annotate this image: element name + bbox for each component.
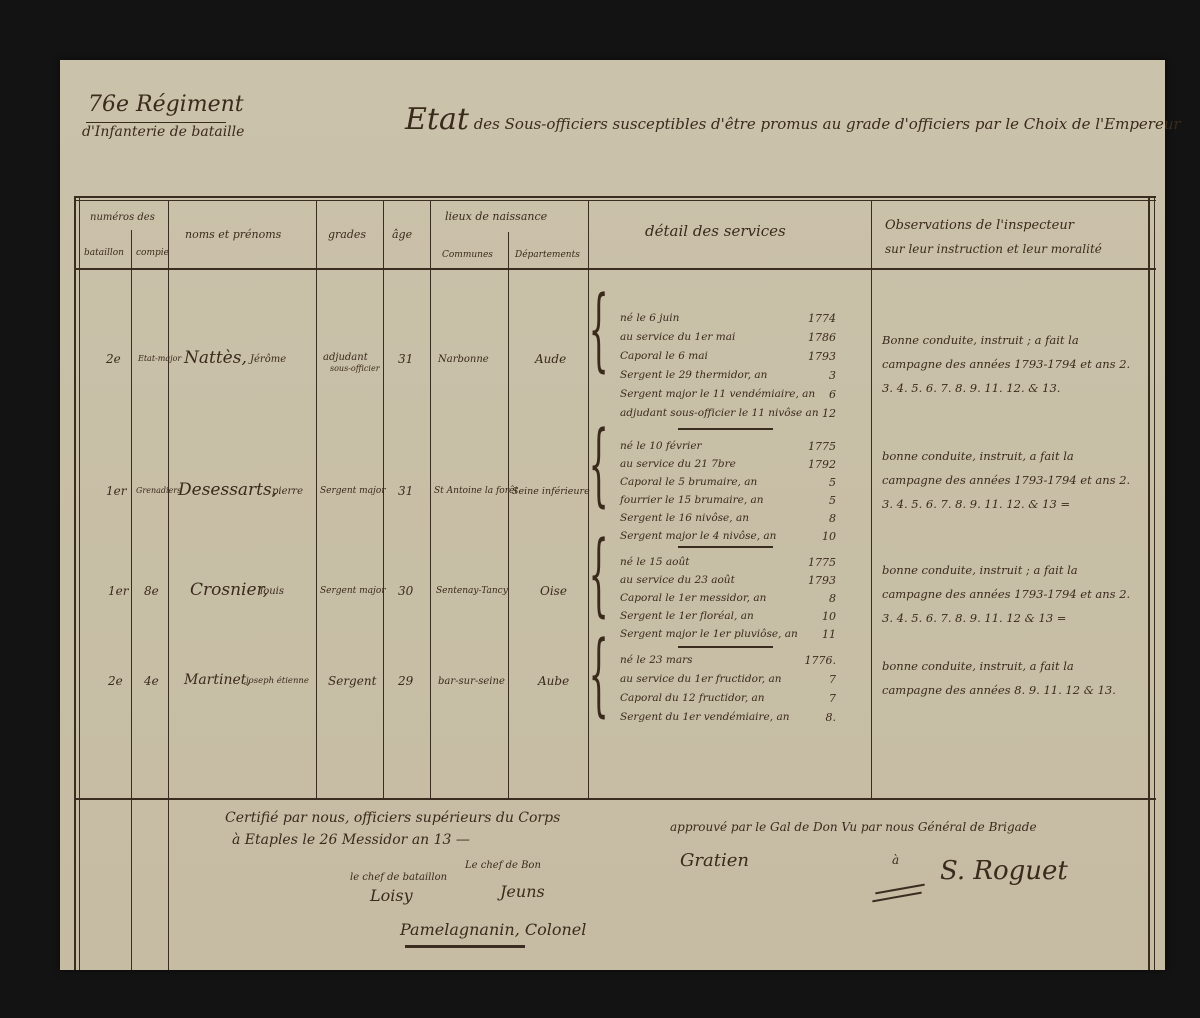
signature-left-title: le chef de bataillon — [350, 872, 447, 883]
table-left-border — [74, 196, 76, 970]
service-year: 7 — [796, 692, 836, 705]
service-entry: au service du 21 7bre — [620, 458, 736, 470]
service-entry: Sergent le 29 thermidor, an — [620, 369, 767, 381]
col-line — [168, 200, 169, 970]
service-year: 8. — [796, 711, 836, 724]
table-right-border — [1148, 196, 1150, 970]
service-entry: Caporal le 5 brumaire, an — [620, 476, 757, 488]
row-grade: adjudant — [323, 352, 368, 363]
service-entry: au service du 23 août — [620, 574, 735, 586]
col-line — [871, 200, 872, 800]
separator-stroke — [678, 646, 773, 648]
service-entry: Caporal du 12 fructidor, an — [620, 692, 765, 704]
service-year: 1793 — [796, 574, 836, 587]
service-year: 1792 — [796, 458, 836, 471]
row-departement: Oise — [540, 584, 567, 598]
service-entry: fourrier le 15 brumaire, an — [620, 494, 764, 506]
service-year: 1775 — [796, 440, 836, 453]
row-nom: Martinet, — [184, 672, 251, 688]
signature-stroke — [405, 945, 525, 948]
row-compagnie: 8e — [144, 584, 159, 598]
table-left-border-inner — [79, 196, 80, 970]
service-entry: Sergent le 1er floréal, an — [620, 610, 754, 622]
service-entry: au service du 1er mai — [620, 331, 735, 343]
row-departement: Aube — [538, 674, 569, 688]
service-entry: Sergent du 1er vendémiaire, an — [620, 711, 789, 723]
col-line — [430, 200, 431, 800]
header-communes: Communes — [442, 250, 493, 260]
row-observations: bonne conduite, instruit, a fait la camp… — [882, 654, 1137, 702]
row-observations: bonne conduite, instruit ; a fait la cam… — [882, 558, 1137, 630]
row-bataillon: 2e — [108, 674, 123, 688]
row-grade: Sergent major — [320, 486, 386, 496]
row-departement: Aude — [535, 352, 566, 366]
service-entry: né le 6 juin — [620, 312, 679, 324]
row-commune: Sentenay-Tancy — [436, 586, 508, 596]
col-line — [383, 200, 384, 800]
service-entry: adjudant sous-officier le 11 nivôse an — [620, 407, 819, 419]
document-title: Etat des Sous-officiers susceptibles d'ê… — [405, 102, 1181, 137]
row-grade-sub: sous-officier — [330, 364, 380, 373]
table-top-border — [74, 196, 1156, 198]
row-nom: Desessarts, — [178, 480, 277, 500]
brace-icon: { — [589, 630, 609, 720]
row-prenom: Jérôme — [250, 354, 286, 365]
signature-left: Loisy — [370, 886, 413, 905]
row-departement: Seine inférieure — [512, 486, 590, 497]
service-year: 1774 — [796, 312, 836, 325]
signature-colonel: Pamelagnanin, Colonel — [400, 920, 586, 939]
title-first-word: Etat — [405, 102, 469, 137]
service-year: 10 — [796, 530, 836, 543]
row-compagnie: Grenadiers — [136, 486, 181, 495]
header-observations-2: sur leur instruction et leur moralité — [885, 242, 1102, 256]
service-year: 1786 — [796, 331, 836, 344]
col-line — [316, 200, 317, 800]
title-rest: des Sous-officiers susceptibles d'être p… — [474, 115, 1181, 133]
service-year: 1793 — [796, 350, 836, 363]
row-bataillon: 1er — [108, 584, 128, 598]
row-age: 31 — [398, 484, 413, 498]
service-year: 7 — [796, 673, 836, 686]
row-bataillon: 2e — [106, 352, 121, 366]
table-body-bottom — [74, 798, 1156, 800]
row-commune: Narbonne — [438, 354, 489, 365]
row-compagnie: 4e — [144, 674, 159, 688]
row-age: 29 — [398, 674, 413, 688]
row-nom: Crosnier, — [190, 580, 268, 600]
row-prenom: joseph étienne — [246, 676, 309, 686]
approved-line: approuvé par le Gal de Don Vu par nous G… — [670, 820, 1037, 834]
service-entry: Caporal le 6 mai — [620, 350, 708, 362]
service-entry: Caporal le 1er messidor, an — [620, 592, 766, 604]
row-nom: Nattès, — [184, 348, 247, 368]
signature-right: Jeuns — [500, 882, 545, 901]
row-age: 30 — [398, 584, 413, 598]
header-age: âge — [392, 228, 412, 241]
service-year: 1776. — [796, 654, 836, 667]
signature-approve: Gratien — [680, 850, 749, 871]
service-year: 8 — [796, 592, 836, 605]
certify-line-1: Certifié par nous, officiers supérieurs … — [225, 810, 560, 826]
document-page: 76e Régiment d'Infanterie de bataille Et… — [60, 60, 1165, 970]
service-entry: né le 15 août — [620, 556, 690, 568]
row-commune: St Antoine la forêt — [434, 486, 518, 496]
brace-icon: { — [589, 530, 609, 620]
a-mark: à — [892, 853, 899, 867]
col-line — [131, 230, 132, 970]
row-observations: Bonne conduite, instruit ; a fait la cam… — [882, 328, 1137, 400]
header-detail-services: détail des services — [645, 222, 786, 240]
service-entry: Sergent major le 4 nivôse, an — [620, 530, 776, 542]
table-right-border-outer — [1154, 196, 1155, 970]
service-year: 8 — [796, 512, 836, 525]
row-prenom: pierre — [272, 486, 303, 497]
header-bataillon: bataillon — [84, 248, 124, 258]
service-year: 5 — [796, 476, 836, 489]
service-entry: né le 10 février — [620, 440, 702, 452]
header-numeros: numéros des — [90, 212, 155, 223]
service-entry: né le 23 mars — [620, 654, 693, 666]
service-year: 3 — [796, 369, 836, 382]
header-lieux: lieux de naissance — [445, 210, 547, 223]
service-year: 11 — [796, 628, 836, 641]
row-commune: bar-sur-seine — [438, 676, 505, 687]
brace-icon: { — [589, 420, 609, 510]
row-grade: Sergent major — [320, 586, 386, 596]
service-entry: Sergent le 16 nivôse, an — [620, 512, 749, 524]
service-year: 5 — [796, 494, 836, 507]
signature-right-title: Le chef de Bon — [465, 860, 541, 871]
header-departements: Départements — [515, 250, 580, 260]
header-bottom-border — [74, 268, 1156, 270]
row-bataillon: 1er — [106, 484, 126, 498]
service-entry: Sergent major le 1er pluviôse, an — [620, 628, 798, 640]
service-year: 10 — [796, 610, 836, 623]
header-noms: noms et prénoms — [185, 228, 281, 241]
row-compagnie: Etat-major — [138, 354, 181, 363]
table-top-border-inner — [74, 200, 1156, 201]
regiment-title: 76e Régiment — [88, 92, 244, 117]
row-age: 31 — [398, 352, 413, 366]
signature-general: S. Roguet — [940, 856, 1068, 886]
regiment-subtitle: d'Infanterie de bataille — [82, 124, 244, 140]
underline — [86, 122, 226, 123]
col-line — [508, 232, 509, 800]
row-prenom: louis — [260, 586, 284, 597]
row-grade: Sergent — [328, 674, 376, 688]
brace-icon: { — [589, 285, 609, 375]
row-observations: bonne conduite, instruit, a fait la camp… — [882, 444, 1137, 516]
header-observations-1: Observations de l'inspecteur — [885, 218, 1074, 233]
separator-stroke — [678, 428, 773, 430]
service-year: 12 — [796, 407, 836, 420]
service-entry: au service du 1er fructidor, an — [620, 673, 782, 685]
separator-stroke — [678, 546, 773, 548]
service-year: 1775 — [796, 556, 836, 569]
header-grades: grades — [328, 228, 366, 241]
service-year: 6 — [796, 388, 836, 401]
service-entry: Sergent major le 11 vendémiaire, an — [620, 388, 815, 400]
header-compagnie: compie — [136, 248, 169, 258]
certify-line-2: à Etaples le 26 Messidor an 13 — — [232, 832, 470, 848]
